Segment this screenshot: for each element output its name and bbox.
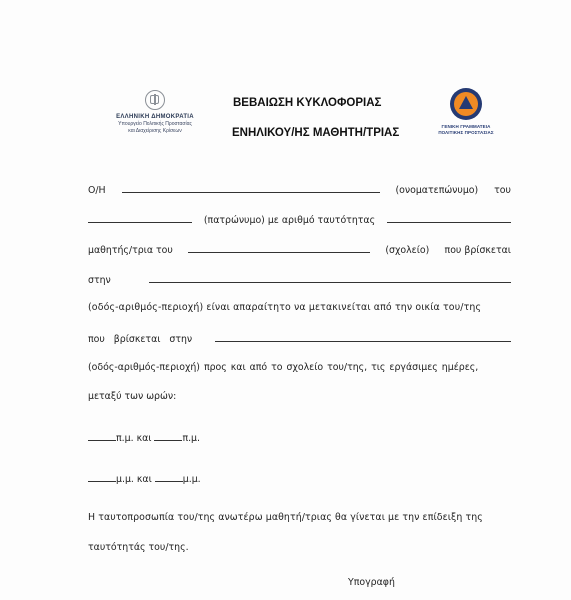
am-from-field[interactable] [88,431,116,441]
am-to-field[interactable] [154,431,182,441]
school-suffix: που βρίσκεται [445,245,511,256]
am-unit-2: π.μ. [182,433,200,444]
pm-from-field[interactable] [88,472,116,482]
ministry-line-2: και Διαχείρισης Κρίσεων [100,128,210,135]
school-label: (σχολείο) [385,245,429,256]
form-line-father-id: (πατρώνυμο) με αριθμό ταυτότητας [88,213,511,226]
line-5-text: (οδός-αριθμός-περιοχή) είναι απαραίτητο … [88,302,481,313]
full-name-label: (ονοματεπώνυμο) [395,185,478,196]
prefix-o-i: Ο/Η [88,185,106,196]
home-address-field[interactable] [215,332,511,342]
greek-coat-of-arms-icon [145,90,165,110]
title-line-2: ΕΝΗΛΙΚΟΥ/ΗΣ ΜΑΘΗΤΗ/ΤΡΙΑΣ [232,126,399,140]
identity-line-1: Η ταυτοπροσωπία του/της ανωτέρω μαθητή/τ… [88,512,511,523]
civil-protection-logo: ΓΕΝΙΚΗ ΓΡΑΜΜΑΤΕΙΑ ΠΟΛΙΤΙΚΗΣ ΠΡΟΣΤΑΣΙΑΣ [436,88,496,136]
father-name-field[interactable] [88,213,192,223]
suffix-tou: του [494,185,511,196]
document-page: ΕΛΛΗΝΙΚΗ ΔΗΜΟΚΡΑΤΙΑ Υπουργείο Πολιτικής … [0,0,571,600]
pm-to-field[interactable] [155,472,183,482]
form-line-name: Ο/Η (ονοματεπώνυμο) του [88,183,511,196]
student-prefix: μαθητής/τρια του [88,245,173,256]
hours-am-line: π.μ. και π.μ. [88,431,200,444]
home-address-prefix: που βρίσκεται στην [88,334,192,345]
school-address-field[interactable] [149,273,511,283]
form-line-5: (οδός-αριθμός-περιοχή) είναι απαραίτητο … [88,302,511,313]
form-line-school: μαθητής/τρια του (σχολείο) που βρίσκεται [88,243,511,256]
identity-line-2: ταυτότητάς του/της. [88,542,189,553]
civil-protection-emblem-icon [450,88,482,120]
hours-pm-line: μ.μ. και μ.μ. [88,472,201,485]
pm-unit-2: μ.μ. [183,474,201,485]
school-address-prefix: στην [88,275,111,286]
form-line-hours-label: μεταξύ των ωρών: [88,391,176,402]
school-field[interactable] [188,243,370,253]
line-7-text: (οδός-αριθμός-περιοχή) προς και από το σ… [88,362,478,373]
am-unit-1: π.μ. [116,433,134,444]
full-name-field[interactable] [122,183,380,193]
form-line-school-address: στην [88,273,511,286]
am-conj: και [137,433,152,444]
id-number-field[interactable] [387,213,511,223]
pm-conj: και [137,474,152,485]
form-line-7: (οδός-αριθμός-περιοχή) προς και από το σ… [88,362,511,373]
hellenic-republic-logo: ΕΛΛΗΝΙΚΗ ΔΗΜΟΚΡΑΤΙΑ Υπουργείο Πολιτικής … [100,90,210,134]
identity-text-1: Η ταυτοπροσωπία του/της ανωτέρω μαθητή/τ… [88,512,483,523]
father-id-label: (πατρώνυμο) με αριθμό ταυτότητας [204,215,375,226]
document-title: ΒΕΒΑΙΩΣΗ ΚΥΚΛΟΦΟΡΙΑΣ ΕΝΗΛΙΚΟΥ/ΗΣ ΜΑΘΗΤΗ/… [233,96,399,140]
caption-line-2: ΠΟΛΙΤΙΚΗΣ ΠΡΟΣΤΑΣΙΑΣ [436,130,496,136]
org-name: ΕΛΛΗΝΙΚΗ ΔΗΜΟΚΡΑΤΙΑ [100,113,210,121]
pm-unit-1: μ.μ. [116,474,134,485]
form-line-home-address: που βρίσκεται στην [88,332,511,345]
signature-label: Υπογραφή [348,577,395,588]
title-line-1: ΒΕΒΑΙΩΣΗ ΚΥΚΛΟΦΟΡΙΑΣ [233,97,381,109]
